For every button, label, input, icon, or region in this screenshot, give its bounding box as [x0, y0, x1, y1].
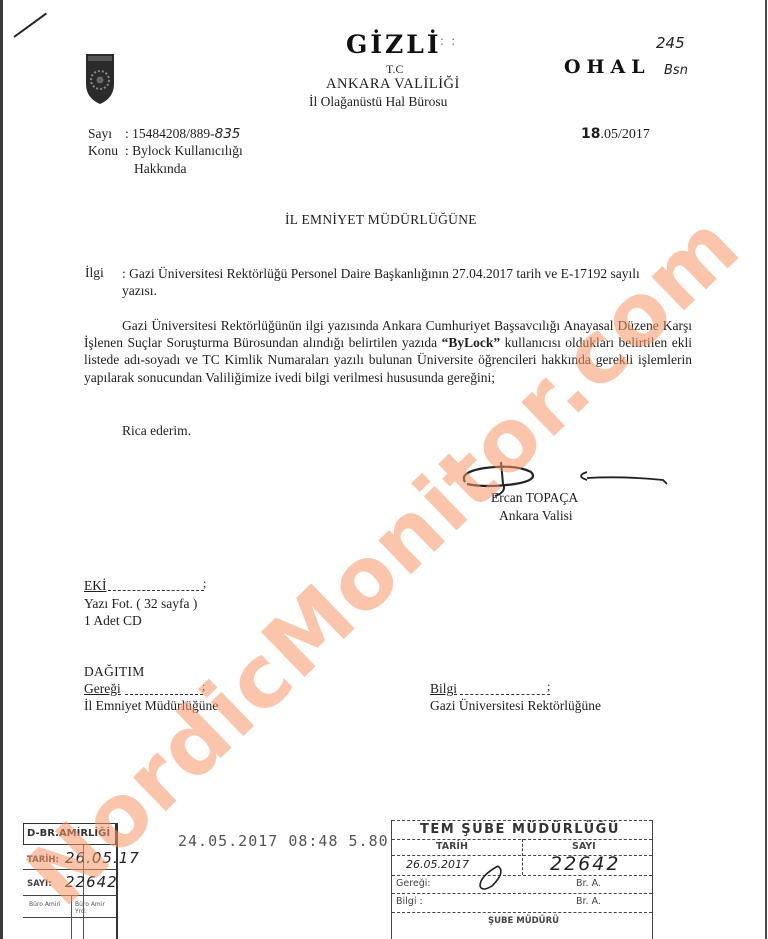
stamp-geregi-label: Gereği:: [396, 878, 431, 889]
handwritten-note: Bsn: [664, 63, 688, 78]
bilgi-colon: ;: [547, 679, 550, 694]
geregi-colon: ;: [202, 679, 205, 694]
scan-edge-right: [765, 0, 767, 939]
bilgi-recipient: Gazi Üniversitesi Rektörlüğüne: [430, 698, 601, 714]
stamp-br-a: Br. A.: [576, 878, 601, 889]
addressee: İL EMNİYET MÜDÜRLÜĞÜNE: [285, 212, 477, 228]
konu-value-line2: Hakkında: [134, 161, 186, 177]
watermark: NordicMonitor.com: [8, 195, 759, 925]
body-paragraph: Gazi Üniversitesi Rektörlüğünün ilgi yaz…: [84, 317, 692, 386]
received-stamp: 24.05.2017 08:48 5.80: [178, 832, 389, 850]
stamp-tarih-header: TARİH: [436, 841, 468, 852]
attachments-label: EKİ: [84, 578, 107, 594]
stamp-br-a: Br. A.: [576, 896, 601, 907]
attachment-item: Yazı Fot. ( 32 sayfa ): [84, 596, 197, 612]
office-name: İl Olağanüstü Hal Bürosu: [309, 94, 447, 110]
bilgi-underline: [460, 694, 550, 695]
authority-name: ANKARA VALİLİĞİ: [326, 76, 460, 93]
signer-name: Ercan TOPAÇA: [491, 490, 578, 506]
bilgi-label: Bilgi: [430, 681, 457, 697]
geregi-underline: [125, 694, 203, 695]
stamp-line: [392, 820, 652, 821]
stamp-line: [392, 912, 652, 913]
document-date: 18.05/2017: [581, 126, 650, 143]
initials-signature-icon: [470, 862, 510, 892]
sayi-number: : 15484208/889-: [125, 126, 215, 141]
stamp-tarih-label: TARİH:: [27, 855, 59, 865]
ilgi-text: : Gazi Üniversitesi Rektörlüğü Personel …: [122, 265, 662, 299]
sayi-value: : 15484208/889-835: [125, 126, 240, 142]
date-day-handwritten: 18: [581, 126, 600, 142]
pen-mark: [13, 13, 47, 38]
handwritten-number: 245: [656, 34, 685, 52]
stamp-divider: [522, 839, 523, 875]
stamp-row-line: [23, 917, 116, 918]
stamp-col2: Büro Amir Yrd.: [75, 901, 116, 915]
stamp-sayi-label: SAYI:: [27, 879, 52, 889]
classification-marks: : :: [440, 34, 457, 50]
attachment-item: 1 Adet CD: [84, 613, 142, 629]
police-crest-icon: [84, 50, 116, 106]
distribution-title: DAĞITIM: [84, 664, 145, 680]
closing-line: Rica ederim.: [122, 423, 191, 439]
sayi-label: Sayı: [88, 126, 112, 142]
stamp-sayi-value: 22642: [65, 873, 118, 891]
stamp-tarih-value: 26.05.17: [65, 849, 140, 867]
ilgi-label: İlgi: [85, 265, 104, 281]
stamp-footer: ŞUBE MÜDÜRÜ: [488, 916, 559, 926]
stamp-row-line: [23, 895, 116, 896]
registry-stamp-left: D-BR.AMİRLİĞİ TARİH: 26.05.17 SAYI: 2264…: [23, 823, 118, 939]
stamp-sayi-value: 22642: [550, 853, 620, 875]
attachments-colon: ;: [203, 576, 206, 591]
date-month-year: .05/2017: [600, 127, 649, 142]
document-page: GİZLİ : : T.C ANKARA VALİLİĞİ İl Olağanü…: [0, 0, 768, 939]
stamp-title: D-BR.AMİRLİĞİ: [23, 823, 116, 845]
stamp-col1: Büro Amiri: [29, 901, 61, 908]
konu-label: Konu: [88, 143, 118, 159]
scan-edge-left: [0, 0, 3, 939]
stamp-divider: [71, 895, 72, 939]
signer-title: Ankara Valisi: [499, 508, 573, 524]
geregi-recipient: İl Emniyet Müdürlüğüne: [84, 698, 218, 714]
konu-value: : Bylock Kullanıcılığı: [125, 143, 243, 159]
sayi-handwritten: 835: [215, 126, 241, 142]
body-bold-term: “ByLock”: [442, 335, 501, 350]
stamp-line: [392, 893, 652, 894]
stamp-sayi-header: SAYI: [572, 841, 596, 852]
stamp-tarih-value: 26.05.2017: [406, 858, 469, 871]
registry-stamp-right: TEM ŞUBE MÜDÜRLÜĞÜ TARİH SAYI 26.05.2017…: [391, 820, 653, 939]
stamp-line: [392, 875, 652, 876]
stamp-title: TEM ŞUBE MÜDÜRLÜĞÜ: [420, 822, 620, 837]
category-label: OHAL: [564, 56, 651, 78]
country-label: T.C: [386, 62, 403, 77]
stamp-bilgi-label: Bilgi :: [396, 896, 423, 907]
attachments-underline: [108, 590, 204, 591]
geregi-label: Gereği: [84, 681, 121, 697]
stamp-row-line: [23, 869, 116, 870]
classification-label: GİZLİ: [346, 30, 442, 59]
